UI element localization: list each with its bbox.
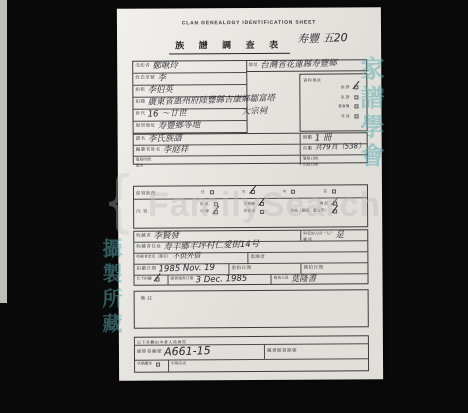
interviewee-table: 受訪者 鄭啾玲 姓氏堂號 李 始祖 李伯英 祖籍 廣東省惠州府陸豐縣吉康鄉鄒富塔… bbox=[132, 60, 247, 134]
checkbox bbox=[210, 190, 214, 194]
form-row-interviewee: 受訪者 鄭啾玲 bbox=[133, 61, 246, 74]
checkbox bbox=[156, 278, 160, 282]
field-value-handwritten: 3 Dec. 1985 bbox=[195, 274, 247, 286]
content-group-biography-other: 傳 記 其他（墓圖、藝文等） bbox=[288, 198, 337, 213]
address-label: 地址 bbox=[246, 61, 260, 68]
form-row-film-number: 縮影卷編號 A661-15 圖書館登錄號 bbox=[135, 344, 368, 360]
condition-option-medium: 中 bbox=[280, 189, 295, 195]
field-label: 收藏者意見（簽章） bbox=[134, 253, 172, 259]
checkbox bbox=[156, 363, 160, 367]
option-label: 家 譜 bbox=[339, 94, 352, 100]
sheet-title-chinese: 族 譜 調 查 表 bbox=[169, 38, 290, 55]
option-label: 其 他 bbox=[339, 114, 352, 120]
form-row-contents: 內 容 世 系 行 傳 世系圖 世系表 傳 記 其他（墓圖、藝文等） bbox=[134, 198, 367, 228]
field-value-handwritten: 16 ～廿世 bbox=[147, 108, 186, 119]
status-option-society-book: 嘗會簿 bbox=[336, 104, 358, 110]
field-value-handwritten: 寿丰鄉丰坪村仁愛街14号 bbox=[163, 239, 259, 252]
checkbox bbox=[354, 85, 358, 89]
field-label: 收藏者住址 bbox=[134, 243, 163, 250]
condition-option-fair: 可 bbox=[240, 189, 255, 195]
field-value-handwritten: 李賢發 bbox=[153, 231, 179, 242]
checkbox bbox=[250, 190, 254, 194]
field-value-handwritten: 寿豐鄉等地 bbox=[158, 120, 201, 131]
field-label: 編纂者姓名 bbox=[134, 146, 163, 153]
field-label: 保管狀況 bbox=[134, 189, 168, 196]
condition-content-table: 保管狀況 佳 可 中 差 bbox=[133, 184, 368, 228]
content-group-lineage: 世 系 行 傳 bbox=[198, 199, 218, 214]
field-label: 世代 bbox=[133, 110, 147, 117]
form-row-draft-report: 草稿繳本 申報完成 bbox=[135, 359, 368, 371]
field-value-handwritten: 李庭祥 bbox=[163, 145, 189, 156]
record-status-title: 資料現狀 bbox=[301, 76, 323, 85]
record-status-box: 資料現狀 族 譜 家 譜 嘗會簿 其 他 bbox=[299, 73, 367, 131]
office-use-table: 以下各欄由本會人員填寫 縮影卷編號 A661-15 圖書館登錄號 草稿繳本 bbox=[134, 335, 369, 372]
checkbox bbox=[354, 95, 358, 99]
field-label: 補拍日期 bbox=[301, 264, 325, 271]
field-value-handwritten: 1 冊 bbox=[315, 133, 332, 143]
field-label: 拍攝日期 bbox=[134, 265, 158, 272]
status-option-other: 其 他 bbox=[336, 114, 358, 120]
scanned-image-canvas: CLAN GENEALOGY IDENTIFICATION SHEET 族 譜 … bbox=[0, 0, 468, 413]
field-label: 出版日期 bbox=[301, 161, 320, 167]
checkbox bbox=[333, 209, 337, 213]
content-group-charts: 世系圖 世系表 bbox=[242, 199, 264, 214]
option-label: 世系表 bbox=[242, 209, 257, 214]
form-row-current-residence: 現居地址 寿豐鄉等地 bbox=[134, 121, 247, 134]
checkbox bbox=[332, 189, 336, 193]
checkbox bbox=[260, 202, 264, 206]
checkbox bbox=[354, 105, 358, 109]
option-label: 可 bbox=[240, 189, 248, 195]
option-label: 其他（墓圖、藝文等） bbox=[288, 209, 330, 214]
field-value-handwritten: 鄭啾玲 bbox=[152, 61, 178, 72]
field-label: 冊數 bbox=[301, 134, 315, 141]
address-value-handwritten: 台灣省花蓮縣寿豐鄉 bbox=[260, 58, 337, 70]
field-label: 姓氏堂號 bbox=[133, 74, 157, 81]
collector-table: 收藏者 李賢發 與受訪人同一人？ 關 係 是 收藏者住址 寿丰鄉丰坪村仁愛街14… bbox=[133, 229, 368, 285]
remarks-label: 備 註 bbox=[139, 295, 155, 302]
option-label: 差 bbox=[321, 189, 329, 195]
field-value-handwritten: 是 bbox=[336, 230, 345, 240]
page-annotation-handwritten: 寿豐 五20 bbox=[297, 32, 348, 45]
field-label: 重拍日期 bbox=[229, 264, 253, 271]
field-value-handwritten: 莫隆書 bbox=[291, 274, 317, 285]
document-page: CLAN GENEALOGY IDENTIFICATION SHEET 族 譜 … bbox=[117, 7, 383, 381]
checkbox bbox=[214, 210, 218, 214]
condition-option-poor: 差 bbox=[321, 189, 336, 195]
condition-option-good: 佳 bbox=[199, 189, 214, 195]
remarks-box: 備 註 bbox=[134, 289, 369, 328]
option-label: 族 譜 bbox=[339, 84, 352, 90]
field-value-handwritten: A661-15 bbox=[164, 344, 211, 358]
field-value-handwritten: 李氏族譜 bbox=[148, 134, 182, 145]
checkbox bbox=[355, 114, 359, 118]
checkbox bbox=[291, 190, 295, 194]
field-label: 受訪者 bbox=[133, 62, 152, 69]
status-option-family-genealogy: 家 譜 bbox=[336, 94, 358, 100]
field-label: 圖書館登錄號 bbox=[265, 345, 299, 354]
field-value-handwritten: 李伯英 bbox=[147, 85, 173, 96]
field-label: 縮影卷編號 bbox=[135, 346, 164, 355]
field-label: 譜名 bbox=[134, 135, 148, 142]
genealogy-info-table: 譜名 李氏族譜 冊數 1 冊 編纂者姓名 李庭祥 頁數 共79頁（538） bbox=[133, 132, 368, 164]
field-label: 草稿繳本 bbox=[135, 361, 154, 367]
field-label: 始祖 bbox=[133, 86, 147, 93]
option-label: 中 bbox=[280, 189, 288, 195]
option-label: 世 系 bbox=[198, 202, 211, 207]
field-label: 內 容 bbox=[134, 200, 168, 215]
option-label: 佳 bbox=[199, 189, 207, 195]
status-option-clan-genealogy: 族 譜 bbox=[336, 84, 358, 90]
sheet-title-english: CLAN GENEALOGY IDENTIFICATION SHEET bbox=[117, 19, 381, 27]
field-label: 縮微複查日期 bbox=[168, 275, 195, 281]
option-label: 嘗會簿 bbox=[336, 104, 351, 110]
checkbox bbox=[260, 210, 264, 214]
form-row-surname-hall: 姓氏堂號 李 bbox=[133, 73, 246, 86]
form-row-ancestral-home: 祖籍 廣東省惠州府陸豐縣吉康鄉鄒富塔 大宗祠 bbox=[133, 97, 246, 110]
address-row: 地址 台灣省花蓮縣寿豐鄉 bbox=[246, 59, 367, 72]
field-value-handwritten: 1985 Nov. 19 bbox=[158, 263, 215, 275]
option-label: 世系圖 bbox=[242, 202, 257, 207]
option-label: 傳 記 bbox=[317, 202, 330, 207]
field-label: 收藏者 bbox=[134, 232, 153, 239]
scanner-edge-strip bbox=[0, 0, 7, 303]
field-value-handwritten: 不供外借 bbox=[173, 253, 201, 261]
field-label: 複查人員 bbox=[271, 275, 290, 281]
option-label: 行 傳 bbox=[198, 209, 211, 214]
form-row-review: 允予拍攝 縮微複查日期 3 Dec. 1985 複查人員 莫隆書 bbox=[134, 274, 367, 285]
field-label: 祖籍 bbox=[133, 98, 147, 105]
field-value-handwritten: 共79頁（538） bbox=[315, 143, 365, 152]
field-label: 借閱者 bbox=[248, 253, 267, 260]
field-label: 現居地址 bbox=[134, 122, 158, 129]
field-label: 允予拍攝 bbox=[134, 276, 153, 282]
field-label: 申報完成 bbox=[169, 360, 188, 366]
form-row-edition: 纂修時間 版本 纂修日期 出版日期 bbox=[134, 155, 367, 165]
field-label: 頁數 bbox=[301, 145, 315, 152]
field-value-handwritten: 李 bbox=[157, 73, 166, 83]
field-label: 版本 bbox=[134, 162, 146, 168]
